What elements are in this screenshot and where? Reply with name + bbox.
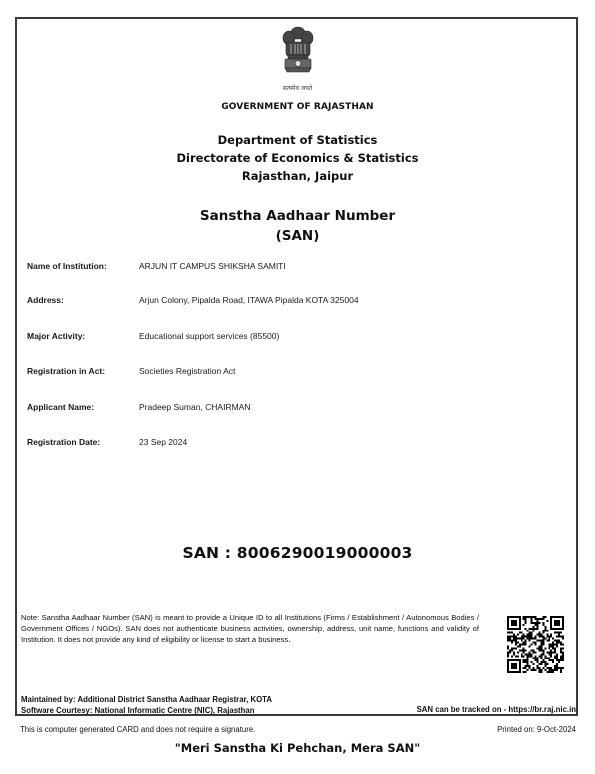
tracking-link[interactable]: SAN can be tracked on - https://br.raj.n… xyxy=(417,705,576,714)
document-title-line1: Sanstha Aadhaar Number xyxy=(0,206,595,226)
department-line: Department of Statistics xyxy=(0,131,595,149)
computer-generated-notice: This is computer generated CARD and does… xyxy=(20,725,255,734)
location-line: Rajasthan, Jaipur xyxy=(0,167,595,185)
department-heading: Department of Statistics Directorate of … xyxy=(0,131,595,185)
disclaimer-note: Note: Sanstha Aadhaar Number (SAN) is me… xyxy=(21,612,479,645)
field-major-activity: Major Activity: Educational support serv… xyxy=(27,329,567,343)
field-value: ARJUN IT CAMPUS SHIKSHA SAMITI xyxy=(139,261,286,271)
maintainer-info: Maintained by: Additional District Sanst… xyxy=(21,694,272,716)
qr-code-icon[interactable] xyxy=(507,616,564,673)
emblem-motto: सत्यमेव जयते xyxy=(0,84,595,92)
field-institution-name: Name of Institution: ARJUN IT CAMPUS SHI… xyxy=(27,259,567,273)
field-value: Societies Registration Act xyxy=(139,366,235,376)
government-heading: GOVERNMENT OF RAJASTHAN xyxy=(0,102,595,112)
national-emblem-icon xyxy=(277,24,319,86)
field-value: Pradeep Suman, CHAIRMAN xyxy=(139,402,251,412)
tagline: "Meri Sanstha Ki Pehchan, Mera SAN" xyxy=(0,741,595,755)
field-registration-date: Registration Date: 23 Sep 2024 xyxy=(27,435,567,449)
field-label: Registration in Act: xyxy=(27,366,139,376)
field-address: Address: Arjun Colony, Pipalda Road, ITA… xyxy=(27,293,567,307)
san-number: SAN : 8006290019000003 xyxy=(0,544,595,562)
field-value: 23 Sep 2024 xyxy=(139,437,187,447)
software-courtesy: Software Courtesy: National Informatic C… xyxy=(21,705,272,716)
document-title-line2: (SAN) xyxy=(0,226,595,246)
field-applicant-name: Applicant Name: Pradeep Suman, CHAIRMAN xyxy=(27,400,567,414)
field-label: Registration Date: xyxy=(27,437,139,447)
field-label: Name of Institution: xyxy=(27,261,139,271)
document-title: Sanstha Aadhaar Number (SAN) xyxy=(0,206,595,246)
field-value: Educational support services (85500) xyxy=(139,331,279,341)
field-label: Applicant Name: xyxy=(27,402,139,412)
field-registration-act: Registration in Act: Societies Registrat… xyxy=(27,364,567,378)
maintained-by: Maintained by: Additional District Sanst… xyxy=(21,694,272,705)
field-label: Address: xyxy=(27,295,139,305)
printed-date: Printed on: 9-Oct-2024 xyxy=(497,725,576,734)
field-value: Arjun Colony, Pipalda Road, ITAWA Pipald… xyxy=(139,295,359,305)
field-label: Major Activity: xyxy=(27,331,139,341)
directorate-line: Directorate of Economics & Statistics xyxy=(0,149,595,167)
